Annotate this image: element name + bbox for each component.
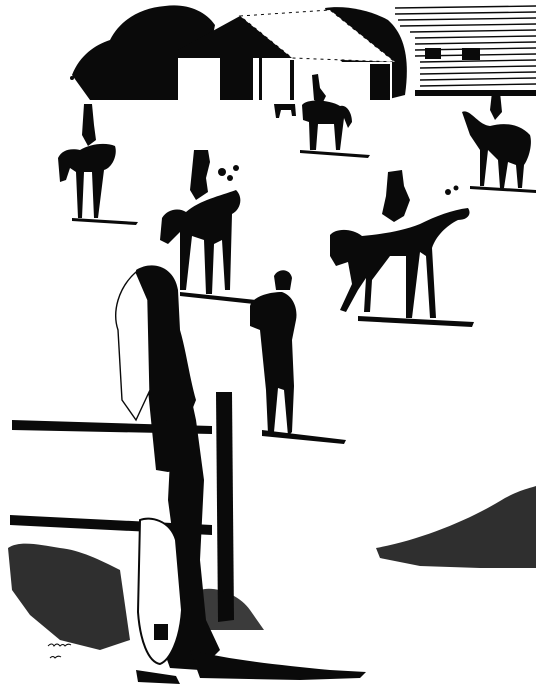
shed <box>395 5 536 96</box>
illustration <box>0 0 536 700</box>
